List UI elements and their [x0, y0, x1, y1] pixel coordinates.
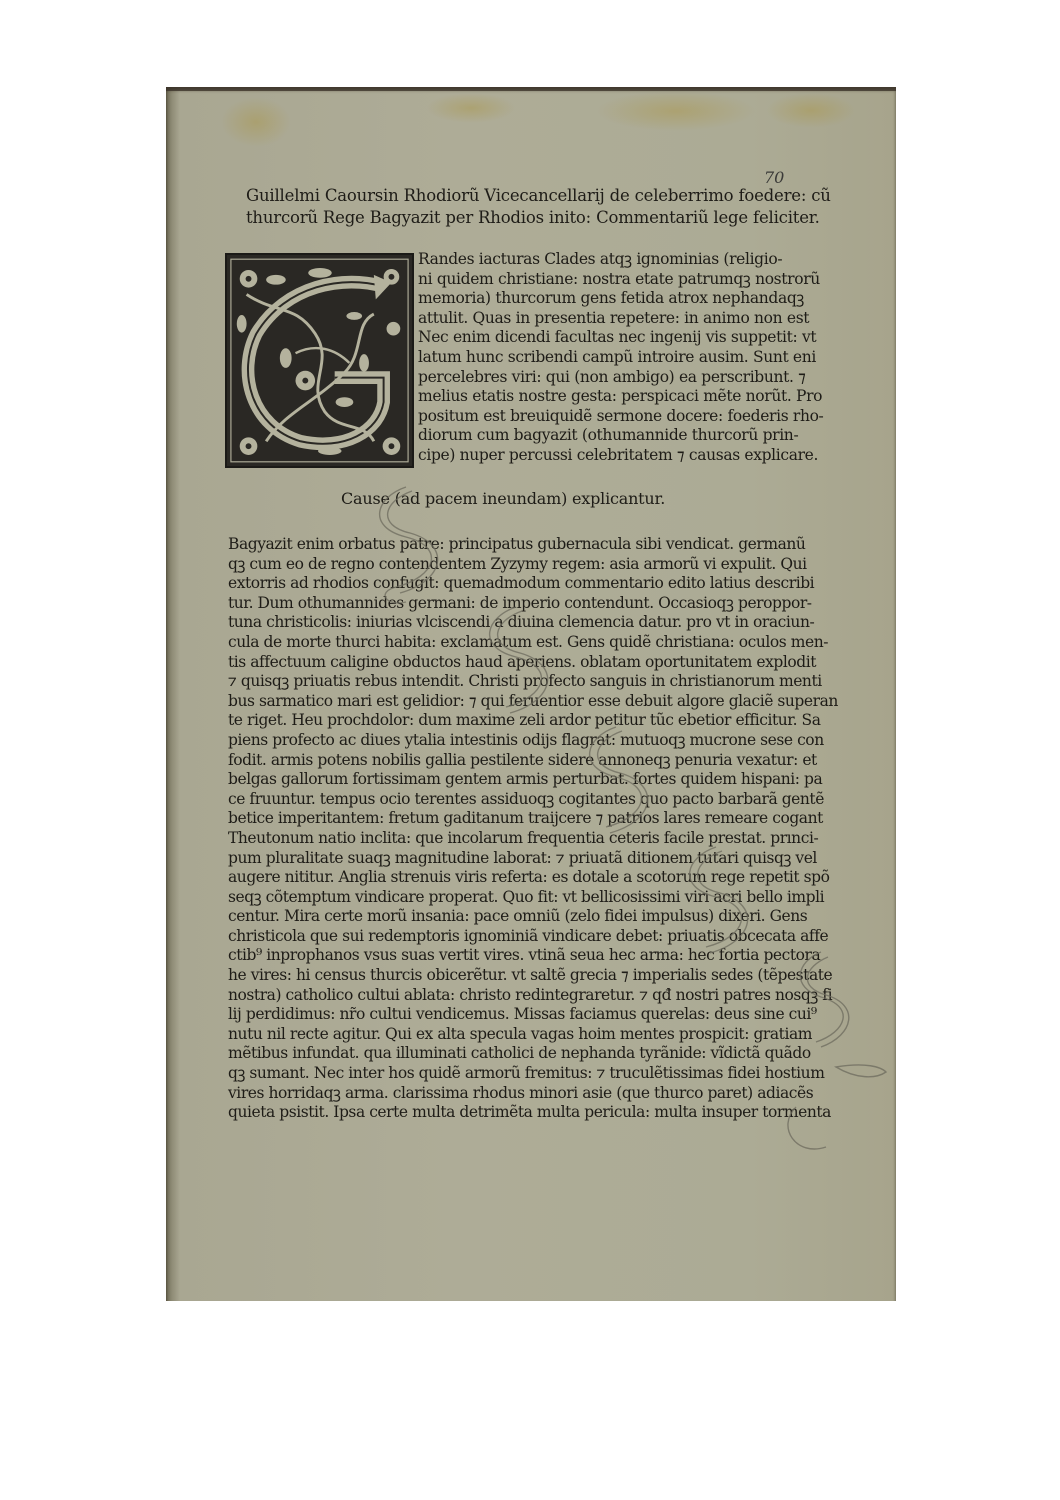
text-line: cula de morte thurci habita: exclamatum … — [228, 633, 808, 653]
text-line: cipe) nuper percussi celebritatem ⁊ caus… — [418, 446, 808, 466]
text-line: Bagyazit enim orbatus patre: principatus… — [228, 535, 808, 555]
text-line: nostra) catholico cultui ablata: christo… — [228, 986, 808, 1006]
text-line: ni quidem christiane: nostra etate patru… — [418, 270, 808, 290]
text-line: seqꝫ cõtemptum vindicare properat. Quo f… — [228, 888, 808, 908]
text-line: diorum cum bagyazit (othumannide thurcor… — [418, 426, 808, 446]
text-line: positum est breuiquidẽ sermone docere: f… — [418, 407, 808, 427]
text-line: ⁊ quisqꝫ priuatis rebus intendit. Christ… — [228, 672, 808, 692]
text-line: tuna christicolis: iniurias vlciscendi a… — [228, 613, 808, 633]
text-line: extorris ad rhodios confugit: quemadmodu… — [228, 574, 808, 594]
text-line: Randes iacturas Clades atqꝫ ignominias (… — [418, 250, 808, 270]
text-line: pum pluralitate suaqꝫ magnitudine labora… — [228, 849, 808, 869]
text-line: augere nititur. Anglia strenuis viris re… — [228, 868, 808, 888]
text-line: betice imperitantem: fretum gaditanum tr… — [228, 809, 808, 829]
text-line: quieta psistit. Ipsa certe multa detrimẽ… — [228, 1103, 808, 1123]
opening-paragraph: Randes iacturas Clades atqꝫ ignominias (… — [418, 250, 808, 466]
text-line: mẽtibus infundat. qua illuminati catholi… — [228, 1044, 808, 1064]
page-heading: Guillelmi Caoursin Rhodiorũ Vicecancella… — [246, 185, 846, 229]
text-line: qꝫ sumant. Nec inter hos quidẽ armorũ fr… — [228, 1064, 808, 1084]
text-line: lij perdidimus: nr̃o cultui vendicemus. … — [228, 1005, 808, 1025]
decorated-initial-icon — [225, 253, 414, 468]
text-line: centur. Mira certe morũ insania: pace om… — [228, 907, 808, 927]
text-line: latum hunc scribendi campũ introire ausi… — [418, 348, 808, 368]
text-line: ce fruuntur. tempus ocio terentes assidu… — [228, 790, 808, 810]
text-line: piens profecto ac diues ytalia intestini… — [228, 731, 808, 751]
text-line: percelebres viri: qui (non ambigo) ea pe… — [418, 368, 808, 388]
text-line: fodit. armis potens nobilis gallia pesti… — [228, 751, 808, 771]
text-line: he vires: hi census thurcis obicerẽtur. … — [228, 966, 808, 986]
book-page: 70 Guillelmi Caoursin Rhodiorũ Vicecance… — [166, 87, 896, 1301]
text-line: vires horridaqꝫ arma. clarissima rhodus … — [228, 1084, 808, 1104]
text-line: nutu nil recte agitur. Qui ex alta specu… — [228, 1025, 808, 1045]
text-line: bus sarmatico mari est gelidior: ⁊ qui f… — [228, 692, 808, 712]
text-line: Theutonum natio inclita: que incolarum f… — [228, 829, 808, 849]
text-line: melius etatis nostre gesta: perspicaci m… — [418, 387, 808, 407]
section-heading: Cause (ad pacem ineundam) explicantur. — [341, 489, 665, 508]
text-line: attulit. Quas in presentia repetere: in … — [418, 309, 808, 329]
text-line: Nec enim dicendi facultas nec ingenij vi… — [418, 328, 808, 348]
text-line: belgas gallorum fortissimam gentem armis… — [228, 770, 808, 790]
text-line: tis affectuum caligine obductos haud ape… — [228, 653, 808, 673]
text-line: tur. Dum othumannides germani: de imperi… — [228, 594, 808, 614]
heading-line: thurcorũ Rege Bagyazit per Rhodios inito… — [246, 207, 846, 229]
text-line: ctib⁹ inprophanos vsus suas vertit vires… — [228, 946, 808, 966]
text-line: qꝫ cum eo de regno contendentem Zyzymy r… — [228, 555, 808, 575]
text-line: te riget. Heu prochdolor: dum maxime zel… — [228, 711, 808, 731]
body-text: Bagyazit enim orbatus patre: principatus… — [228, 535, 808, 1123]
text-line: christicola que sui redemptoris ignomini… — [228, 927, 808, 947]
text-line: memoria) thurcorum gens fetida atrox nep… — [418, 289, 808, 309]
heading-line: Guillelmi Caoursin Rhodiorũ Vicecancella… — [246, 185, 846, 207]
